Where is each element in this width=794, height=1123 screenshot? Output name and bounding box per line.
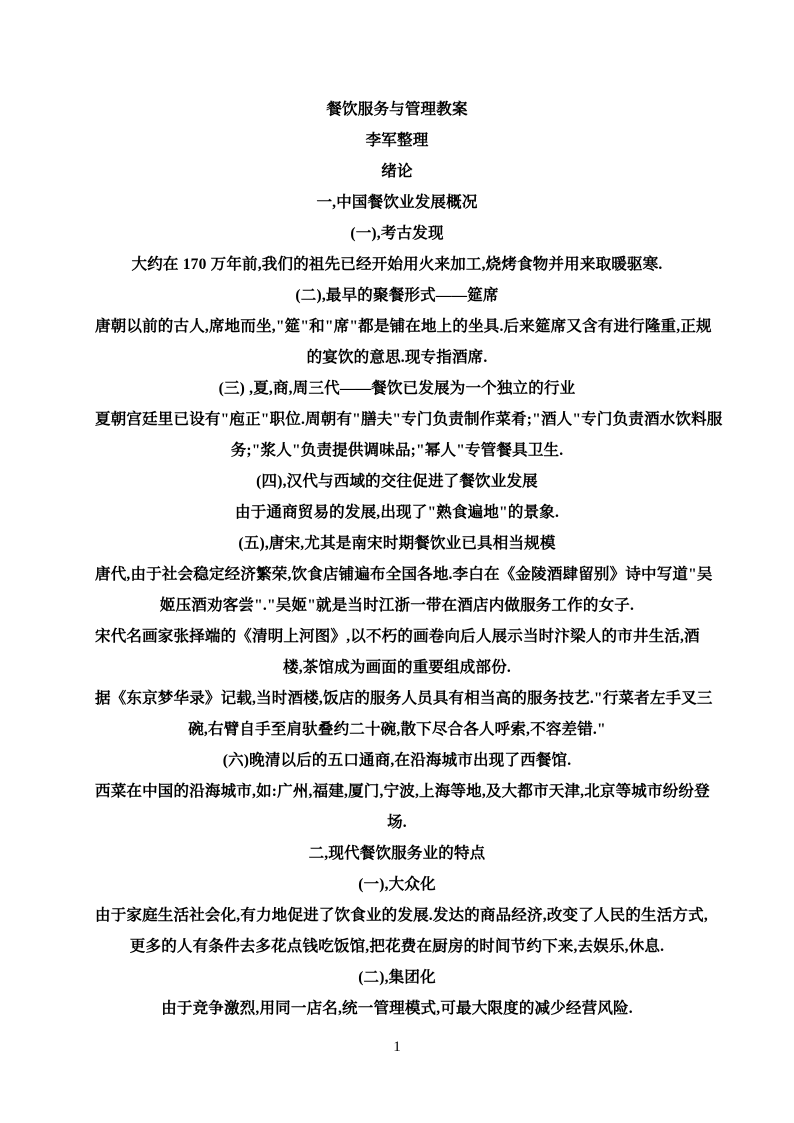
document-page: 餐饮服务与管理教案 李军整理 绪论 一,中国餐饮业发展概况 (一),考古发现 大… [0, 0, 794, 1123]
body-line: 的宴饮的意思.现专指酒席. [95, 342, 699, 373]
subsection-1-4-heading: (四),汉代与西域的交往促进了餐饮业发展 [95, 466, 699, 497]
intro-heading: 绪论 [95, 156, 699, 187]
body-line: 据《东京梦华录》记载,当时酒楼,饭店的服务人员具有相当高的服务技艺."行菜者左手… [95, 683, 699, 714]
subsection-2-1-heading: (一),大众化 [95, 869, 699, 900]
body-line: 唐代,由于社会稳定经济繁荣,饮食店铺遍布全国各地.李白在《金陵酒肆留别》诗中写道… [95, 559, 699, 590]
subsection-1-6-heading: (六)晚清以后的五口通商,在沿海城市出现了西餐馆. [95, 745, 699, 776]
body-line: 更多的人有条件去多花点钱吃饭馆,把花费在厨房的时间节约下来,去娱乐,休息. [95, 931, 699, 962]
body-line: 大约在 170 万年前,我们的祖先已经开始用火来加工,烧烤食物并用来取暖驱寒. [95, 249, 699, 280]
body-line: 务;"浆人"负责提供调味品;"幂人"专管餐具卫生. [95, 435, 699, 466]
body-line: 碗,右臂自手至肩驮叠约二十碗,散下尽合各人呼索,不容差错." [95, 714, 699, 745]
body-line: 楼,茶馆成为画面的重要组成部份. [95, 652, 699, 683]
subsection-1-2-heading: (二),最早的聚餐形式——筵席 [95, 280, 699, 311]
subsection-1-3-heading: (三) ,夏,商,周三代——餐饮已发展为一个独立的行业 [95, 373, 699, 404]
subsection-1-5-heading: (五),唐宋,尤其是南宋时期餐饮业已具相当规模 [95, 528, 699, 559]
body-line: 由于通商贸易的发展,出现了"熟食遍地"的景象. [95, 497, 699, 528]
subsection-1-1-heading: (一),考古发现 [95, 218, 699, 249]
author-line: 李军整理 [95, 125, 699, 156]
section-1-heading: 一,中国餐饮业发展概况 [95, 187, 699, 218]
page-number: 1 [0, 1038, 794, 1056]
document-title: 餐饮服务与管理教案 [95, 94, 699, 125]
body-line: 场. [95, 807, 699, 838]
subsection-2-2-heading: (二),集团化 [95, 962, 699, 993]
body-line: 宋代名画家张择端的《清明上河图》,以不朽的画卷向后人展示当时汴梁人的市井生活,酒 [95, 621, 699, 652]
body-line: 唐朝以前的古人,席地而坐,"筵"和"席"都是铺在地上的坐具.后来筵席又含有进行隆… [95, 311, 699, 342]
section-2-heading: 二,现代餐饮服务业的特点 [95, 838, 699, 869]
body-line: 由于竞争激烈,用同一店名,统一管理模式,可最大限度的减少经营风险. [95, 993, 699, 1024]
body-line: 夏朝宫廷里已设有"庖正"职位.周朝有"膳夫"专门负责制作菜肴;"酒人"专门负责酒… [95, 404, 699, 435]
body-line: 姬压酒劝客尝"."吴姬"就是当时江浙一带在酒店内做服务工作的女子. [95, 590, 699, 621]
body-line: 西菜在中国的沿海城市,如:广州,福建,厦门,宁波,上海等地,及大都市天津,北京等… [95, 776, 699, 807]
body-line: 由于家庭生活社会化,有力地促进了饮食业的发展.发达的商品经济,改变了人民的生活方… [95, 900, 699, 931]
document-body: 餐饮服务与管理教案 李军整理 绪论 一,中国餐饮业发展概况 (一),考古发现 大… [95, 94, 699, 1024]
